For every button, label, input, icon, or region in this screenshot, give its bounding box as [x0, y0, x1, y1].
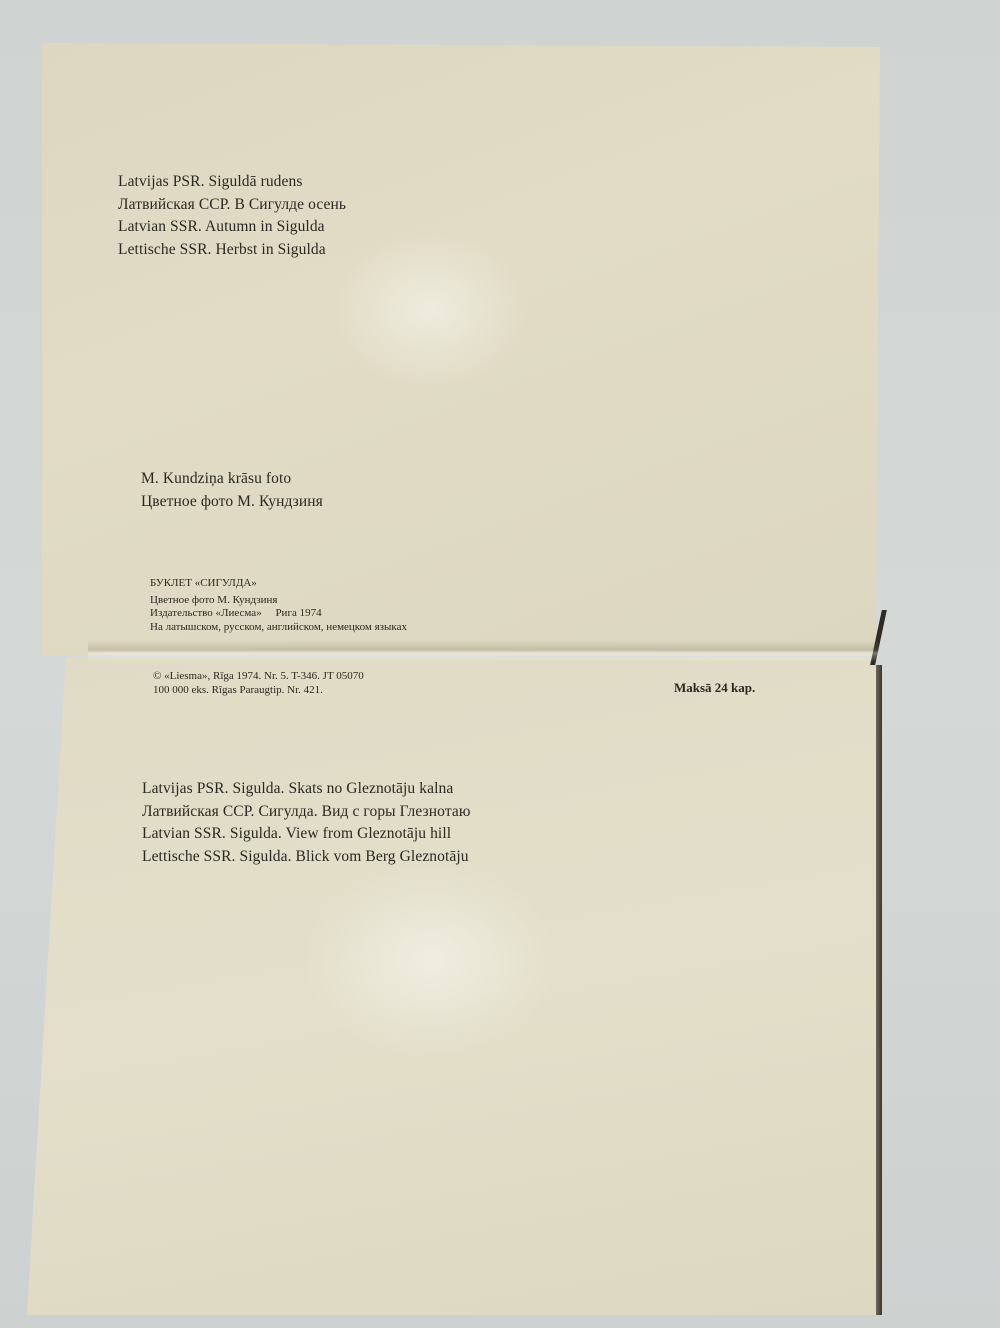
caption-line-russian: Латвийская ССР. В Сигулде осень [118, 194, 346, 217]
light-glare [300, 860, 560, 1060]
imprint-line: Издательство «Лиесма» Рига 1974 [150, 607, 407, 621]
copyright-line: © «Liesma», Rīga 1974. Nr. 5. T-346. JT … [153, 670, 364, 684]
photo-credit: M. Kundziņa krāsu foto Цветное фото М. К… [141, 468, 323, 513]
photo-credit-latvian: M. Kundziņa krāsu foto [141, 468, 323, 491]
light-glare [330, 230, 530, 390]
imprint-line: Цветное фото М. Кундзиня [150, 594, 407, 608]
imprint-line: На латышском, русском, английском, немец… [150, 621, 407, 635]
caption-line-english: Latvian SSR. Sigulda. View from Gleznotā… [142, 823, 471, 846]
copyright-line: 100 000 eks. Rīgas Paraugtip. Nr. 421. [153, 684, 364, 698]
booklet-spine-edge [876, 665, 882, 1315]
caption-line-latvian: Latvijas PSR. Sigulda. Skats no Gleznotā… [142, 778, 471, 801]
top-caption: Latvijas PSR. Siguldā rudens Латвийская … [118, 171, 346, 261]
caption-line-german: Lettische SSR. Sigulda. Blick vom Berg G… [142, 846, 471, 869]
caption-line-english: Latvian SSR. Autumn in Sigulda [118, 216, 346, 239]
caption-line-german: Lettische SSR. Herbst in Sigulda [118, 239, 346, 262]
caption-line-latvian: Latvijas PSR. Siguldā rudens [118, 171, 346, 194]
price-label: Maksā 24 kap. [674, 680, 755, 696]
booklet-fold [88, 640, 878, 662]
photo-credit-russian: Цветное фото М. Кундзиня [141, 491, 323, 514]
imprint-title: БУКЛЕТ «СИГУЛДА» [150, 577, 407, 591]
imprint-block: БУКЛЕТ «СИГУЛДА» Цветное фото М. Кундзин… [150, 577, 407, 634]
caption-line-russian: Латвийская ССР. Сигулда. Вид с горы Глез… [142, 801, 471, 824]
copyright-block: © «Liesma», Rīga 1974. Nr. 5. T-346. JT … [153, 670, 364, 697]
bottom-caption: Latvijas PSR. Sigulda. Skats no Gleznotā… [142, 778, 471, 868]
